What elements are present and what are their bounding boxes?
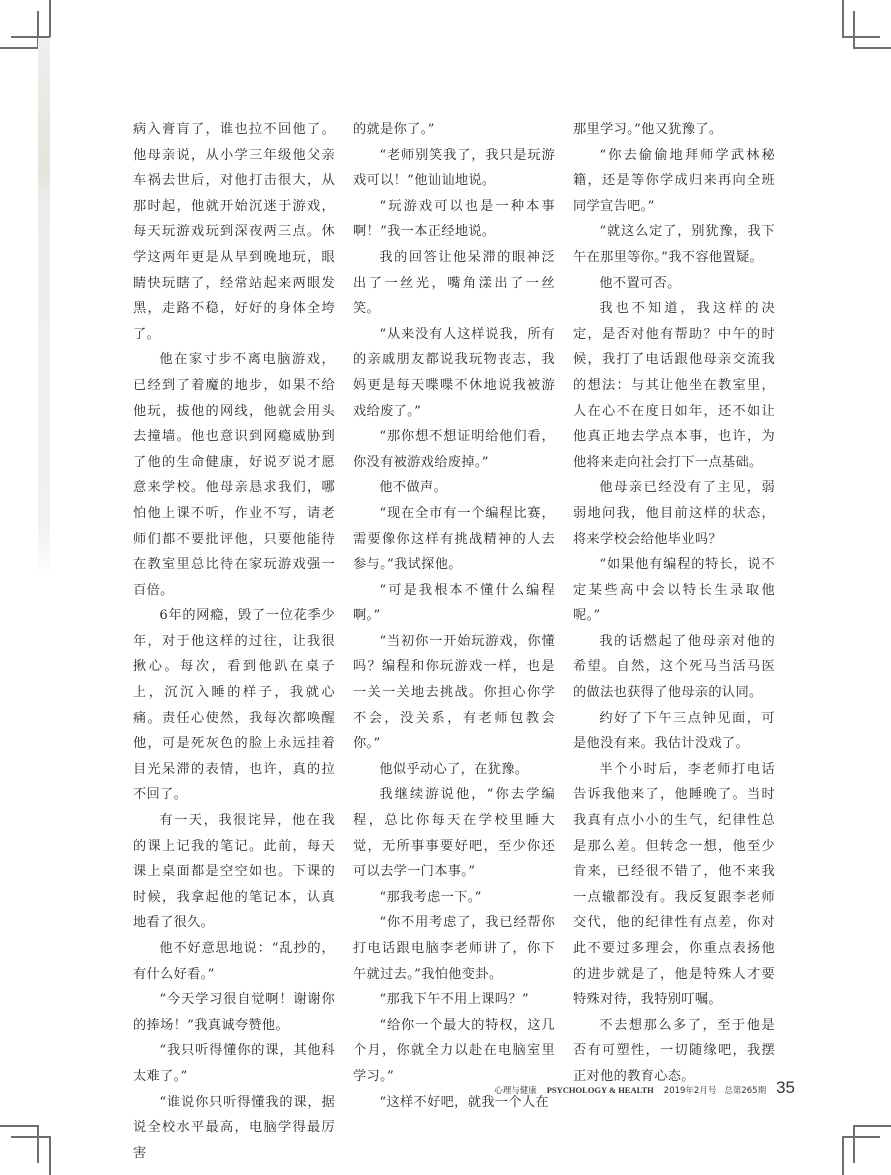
paragraph: “现在全市有一个编程比赛，需要像你这样有挑战精神的人去参与。”我试探他。 xyxy=(353,501,555,578)
paragraph: “就这么定了，别犹豫，我下午在那里等你。”我不容他置疑。 xyxy=(573,219,775,270)
paragraph: “那我考虑一下。” xyxy=(353,885,555,911)
paragraph: “你不用考虑了，我已经帮你打电话跟电脑李老师讲了，你下午就过去。”我怕他变卦。 xyxy=(353,910,555,987)
page-number: 35 xyxy=(776,1078,795,1098)
paragraph: 6年的网瘾，毁了一位花季少年，对于他这样的过往，让我很揪心。每次，看到他趴在桌子… xyxy=(133,603,335,808)
paragraph: 他母亲已经没有了主见，弱弱地问我，他目前这样的状态，将来学校会给他毕业吗？ xyxy=(573,475,775,552)
paragraph: 病入膏肓了，谁也拉不回他了。他母亲说，从小学三年级他父亲车祸去世后，对他打击很大… xyxy=(133,117,335,347)
paragraph: 那里学习。”他又犹豫了。 xyxy=(573,117,775,143)
paragraph: “谁说你只听得懂我的课，据说全校水平最高，电脑学得最厉害 xyxy=(133,1090,335,1167)
crop-mark-bl-v1 xyxy=(37,1125,39,1163)
paragraph: 他似乎动心了，在犹豫。 xyxy=(353,757,555,783)
total-issue-number: 总第265期 xyxy=(724,1084,766,1096)
paragraph: “玩游戏可以也是一种本事啊！”我一本正经地说。 xyxy=(353,194,555,245)
text-column-2: 的就是你了。” “老师别笑我了，我只是玩游戏可以！”他讪讪地说。 “玩游戏可以也… xyxy=(353,117,555,1115)
paragraph: “从来没有人这样说我，所有的亲戚朋友都说我玩物丧志，我妈更是每天喋喋不休地说我被… xyxy=(353,322,555,424)
paragraph: 他不置可否。 xyxy=(573,271,775,297)
crop-mark-br-h2 xyxy=(842,1136,880,1138)
paragraph: 他在家寸步不离电脑游戏，已经到了着魔的地步，如果不给他玩，拔他的网线，他就会用头… xyxy=(133,347,335,603)
crop-mark-tr-h1 xyxy=(842,36,880,38)
crop-mark-tl-v2 xyxy=(49,0,51,37)
paragraph: 我继续游说他，“你去学编程，总比你每天在学校里睡大觉，无所事事要好吧，至少你还可… xyxy=(353,782,555,884)
crop-mark-tl-h1 xyxy=(0,47,38,49)
crop-mark-tr-v1 xyxy=(842,0,844,37)
crop-mark-bl-h2 xyxy=(11,1136,50,1138)
paragraph: 我的话燃起了他母亲对他的希望。自然，这个死马当活马医的做法也获得了他母亲的认同。 xyxy=(573,629,775,706)
crop-mark-br-v1 xyxy=(853,1125,855,1163)
crop-mark-bl-h1 xyxy=(0,1125,38,1127)
text-column-3: 那里学习。”他又犹豫了。 “你去偷偷地拜师学武林秘籍，还是等你学成归来再向全班同… xyxy=(573,117,775,1090)
issue-date: 2019年2月号 xyxy=(664,1084,717,1096)
crop-mark-tr-h2 xyxy=(853,47,891,49)
paragraph: “那你想不想证明给他们看，你没有被游戏给废掉。” xyxy=(353,424,555,475)
paragraph: “那我下午不用上课吗？” xyxy=(353,987,555,1013)
paragraph: 半个小时后，李老师打电话告诉我他来了，他睡晚了。当时我真有点小小的生气，纪律性总… xyxy=(573,757,775,1013)
paragraph: “如果他有编程的特长，说不定某些高中会以特长生录取他呢。” xyxy=(573,552,775,629)
paragraph: “老师别笑我了，我只是玩游戏可以！”他讪讪地说。 xyxy=(353,143,555,194)
paragraph: 他不做声。 xyxy=(353,475,555,501)
paragraph: “可是我根本不懂什么编程啊。” xyxy=(353,578,555,629)
crop-mark-bl-v2 xyxy=(49,1136,51,1175)
paragraph: 我的回答让他呆滞的眼神泛出了一丝光，嘴角漾出了一丝笑。 xyxy=(353,245,555,322)
paragraph: 有一天，我很诧异，他在我的课上记我的笔记。此前，每天课上桌面都是空空如也。下课的… xyxy=(133,808,335,936)
magazine-name-en: PSYCHOLOGY & HEALTH xyxy=(547,1085,654,1095)
paragraph: 我也不知道，我这样的决定，是否对他有帮助？中午的时候，我打了电话跟他母亲交流我的… xyxy=(573,296,775,475)
paragraph: “你去偷偷地拜师学武林秘籍，还是等你学成归来再向全班同学宣告吧。” xyxy=(573,143,775,220)
magazine-name-cn: 心理与健康 xyxy=(494,1084,537,1096)
crop-mark-tr-v2 xyxy=(853,11,855,48)
paragraph: “我只听得懂你的课，其他科太难了。” xyxy=(133,1038,335,1089)
paragraph: 的就是你了。” xyxy=(353,117,555,143)
crop-mark-br-h1 xyxy=(853,1125,891,1127)
paragraph: “当初你一开始玩游戏，你懂吗？编程和你玩游戏一样，也是一关一关地去挑战。你担心你… xyxy=(353,629,555,757)
paragraph: 他不好意思地说：“乱抄的，有什么好看。” xyxy=(133,936,335,987)
crop-mark-br-v2 xyxy=(842,1136,844,1175)
page-footer: 心理与健康 PSYCHOLOGY & HEALTH 2019年2月号 总第265… xyxy=(505,1078,795,1102)
text-column-1: 病入膏肓了，谁也拉不回他了。他母亲说，从小学三年级他父亲车祸去世后，对他打击很大… xyxy=(133,117,335,1166)
paragraph: 约好了下午三点钟见面，可是他没有来。我估计没戏了。 xyxy=(573,706,775,757)
paragraph: “今天学习很自觉啊！谢谢你的捧场！”我真诚夸赞他。 xyxy=(133,987,335,1038)
page-spine-shadow xyxy=(38,38,50,578)
